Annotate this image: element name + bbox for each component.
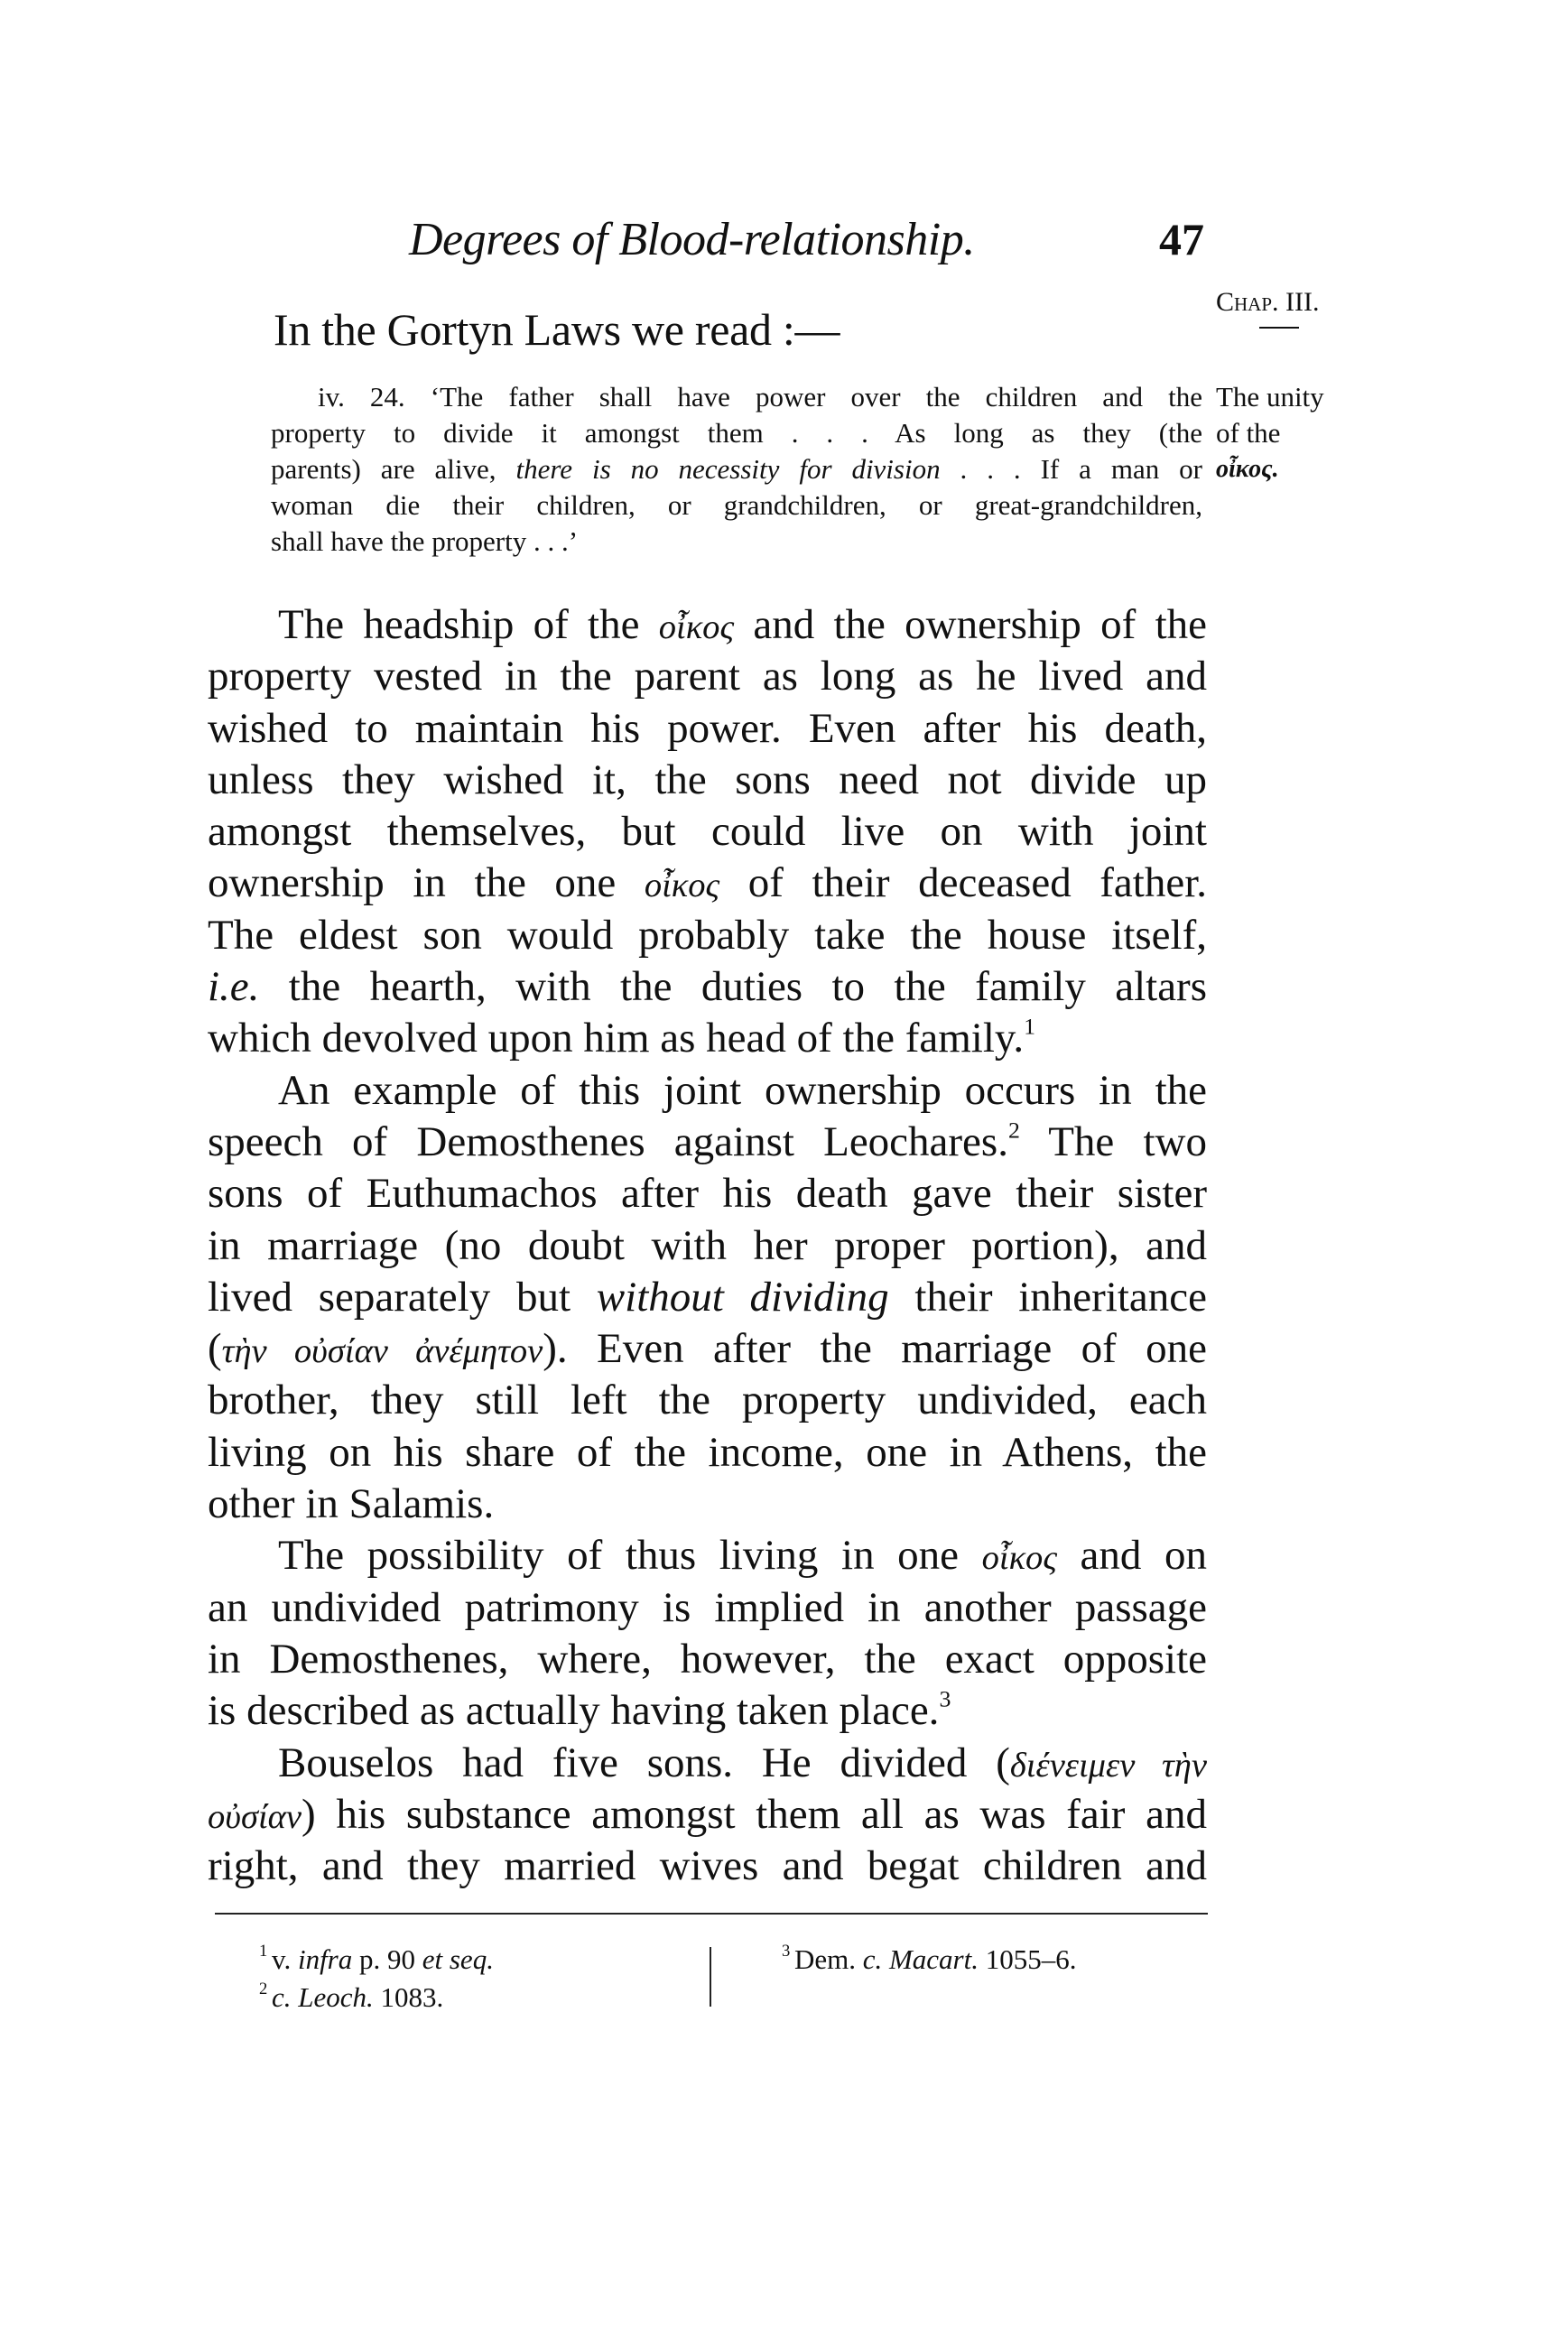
chapter-rule xyxy=(1259,327,1299,329)
text: . . . If a man or xyxy=(941,453,1202,485)
footnote-ref[interactable]: 3 xyxy=(939,1686,951,1712)
text: The possibility of thus living in one xyxy=(278,1532,982,1579)
text: in Demosthenes, where, however, the exac… xyxy=(208,1636,1207,1683)
body-line: is described as actually having taken pl… xyxy=(208,1685,1207,1737)
text: the hearth, with the duties to the famil… xyxy=(259,963,1207,1010)
text: woman die their children, or grandchildr… xyxy=(271,489,1202,521)
text: of their deceased father. xyxy=(719,859,1207,906)
italic-text: there is no necessity for division xyxy=(515,453,940,485)
quote-line: parents) are alive, there is no necessit… xyxy=(271,451,1202,487)
quote-reference: iv. 24. xyxy=(318,381,431,413)
text: is described as actually having taken pl… xyxy=(208,1687,939,1734)
text: An example of this joint ownership occur… xyxy=(278,1067,1207,1114)
margin-note-line: The unity xyxy=(1216,379,1324,415)
body-line: lived separately but without dividing th… xyxy=(208,1272,1207,1323)
italic-text: i.e. xyxy=(208,963,259,1010)
text: brother, they still left the property un… xyxy=(208,1377,1207,1423)
greek-text: οἶκος xyxy=(659,608,734,646)
text: 1055–6. xyxy=(979,1943,1077,1975)
footnotes-right: 3 Dem. c. Macart. 1055–6. xyxy=(782,1941,1077,1979)
footnote: 1 v. infra p. 90 et seq. xyxy=(259,1941,494,1979)
italic-text: c. Macart. xyxy=(863,1943,979,1975)
body-line: property vested in the parent as long as… xyxy=(208,651,1207,702)
body-line: An example of this joint ownership occur… xyxy=(208,1065,1207,1117)
text: an undivided patrimony is implied in ano… xyxy=(208,1584,1207,1631)
text: property vested in the parent as long as… xyxy=(208,653,1207,700)
block-quote: iv. 24. ‘The father shall have power ove… xyxy=(271,379,1202,560)
body-line: speech of Demosthenes against Leochares.… xyxy=(208,1117,1207,1168)
text: and the ownership of the xyxy=(734,601,1207,648)
margin-note: The unity of the οἶκος. xyxy=(1216,379,1324,487)
text: unless they wished it, the sons need not… xyxy=(208,756,1207,803)
text: The two xyxy=(1020,1118,1207,1165)
margin-note-line: of the xyxy=(1216,415,1324,451)
greek-text: οἶκος xyxy=(982,1539,1057,1577)
body-line: brother, they still left the property un… xyxy=(208,1375,1207,1426)
footnote-ref[interactable]: 1 xyxy=(1024,1014,1035,1040)
text: parents) are alive, xyxy=(271,453,515,485)
text: wished to maintain his power. Even after… xyxy=(208,705,1207,752)
running-title: Degrees of Blood-relationship. xyxy=(409,213,975,266)
text: living on his share of the income, one i… xyxy=(208,1429,1207,1476)
page-number: 47 xyxy=(1159,213,1204,265)
body-line: which devolved upon him as head of the f… xyxy=(208,1013,1207,1064)
footnotes-left: 1 v. infra p. 90 et seq.2 c. Leoch. 1083… xyxy=(259,1941,494,2017)
greek-text: οἶκος xyxy=(645,867,719,904)
body-line: The headship of the οἶκος and the owners… xyxy=(208,599,1207,651)
greek-text: διένειμεν τὴν xyxy=(1010,1747,1207,1785)
text: ) his substance amongst them all as was … xyxy=(302,1791,1207,1838)
body-line: in marriage (no doubt with her proper po… xyxy=(208,1220,1207,1272)
body-line: Bouselos had five sons. He divided (διέν… xyxy=(208,1738,1207,1789)
body-line: οὐσίαν) his substance amongst them all a… xyxy=(208,1789,1207,1841)
quote-line: woman die their children, or grandchildr… xyxy=(271,487,1202,524)
text: right, and they married wives and begat … xyxy=(208,1842,1207,1889)
intro-line: In the Gortyn Laws we read :— xyxy=(274,303,840,356)
text: Dem. xyxy=(794,1943,863,1975)
footnote-mark: 2 xyxy=(259,1980,272,1998)
footnote-rule xyxy=(215,1913,1208,1915)
text: other in Salamis. xyxy=(208,1480,494,1527)
text: The eldest son would probably take the h… xyxy=(208,912,1207,959)
quote-line: iv. 24. ‘The father shall have power ove… xyxy=(271,379,1202,415)
body-line: amongst themselves, but could live on wi… xyxy=(208,806,1207,858)
body-line: unless they wished it, the sons need not… xyxy=(208,755,1207,806)
body-line: in Demosthenes, where, however, the exac… xyxy=(208,1634,1207,1685)
body-line: ownership in the one οἶκος of their dece… xyxy=(208,858,1207,909)
footnote-ref[interactable]: 2 xyxy=(1008,1117,1020,1144)
text: their inheritance xyxy=(889,1274,1207,1321)
body-text: The headship of the οἶκος and the owners… xyxy=(208,599,1207,1892)
greek-text: τὴν οὐσίαν ἀνέμητον xyxy=(222,1332,543,1370)
footnote-mark: 3 xyxy=(782,1942,794,1961)
italic-text: et seq. xyxy=(422,1943,494,1975)
italic-text: c. Leoch. xyxy=(272,1981,374,2013)
body-line: living on his share of the income, one i… xyxy=(208,1427,1207,1479)
italic-text: infra xyxy=(298,1943,352,1975)
text: which devolved upon him as head of the f… xyxy=(208,1015,1024,1062)
text: lived separately but xyxy=(208,1274,597,1321)
text: ). Even after the marriage of one xyxy=(543,1325,1207,1372)
text: ownership in the one xyxy=(208,859,645,906)
body-line: i.e. the hearth, with the duties to the … xyxy=(208,961,1207,1013)
footnote-mark: 1 xyxy=(259,1942,272,1961)
text: 1083. xyxy=(374,1981,444,2013)
quote-line: property to divide it amongst them . . .… xyxy=(271,415,1202,451)
text: Bouselos had five sons. He divided ( xyxy=(278,1739,1010,1786)
greek-text: οὐσίαν xyxy=(208,1798,302,1836)
text: and on xyxy=(1057,1532,1207,1579)
body-line: The possibility of thus living in one οἶ… xyxy=(208,1530,1207,1581)
text: amongst themselves, but could live on wi… xyxy=(208,808,1207,855)
text: ‘The father shall have power over the ch… xyxy=(431,381,1202,413)
footnote: 3 Dem. c. Macart. 1055–6. xyxy=(782,1941,1077,1979)
footnote: 2 c. Leoch. 1083. xyxy=(259,1979,494,2017)
text: ( xyxy=(208,1325,222,1372)
text: shall have the property . . .’ xyxy=(271,525,578,557)
text: The headship of the xyxy=(278,601,659,648)
chapter-marker: Chap. III. xyxy=(1216,287,1320,318)
text: speech of Demosthenes against Leochares. xyxy=(208,1118,1008,1165)
text: in marriage (no doubt with her proper po… xyxy=(208,1222,1207,1269)
body-line: sons of Euthumachos after his death gave… xyxy=(208,1168,1207,1219)
body-line: The eldest son would probably take the h… xyxy=(208,910,1207,961)
footnote-column-separator xyxy=(710,1947,711,2007)
text: property to divide it amongst them . . .… xyxy=(271,417,1202,449)
italic-text: without dividing xyxy=(597,1274,889,1321)
body-line: an undivided patrimony is implied in ano… xyxy=(208,1582,1207,1634)
quote-line: shall have the property . . .’ xyxy=(271,524,1202,560)
text: sons of Euthumachos after his death gave… xyxy=(208,1170,1207,1217)
body-line: other in Salamis. xyxy=(208,1479,1207,1530)
text: p. 90 xyxy=(352,1943,422,1975)
body-line: wished to maintain his power. Even after… xyxy=(208,703,1207,755)
body-line: right, and they married wives and begat … xyxy=(208,1841,1207,1892)
body-line: (τὴν οὐσίαν ἀνέμητον). Even after the ma… xyxy=(208,1323,1207,1375)
text: v. xyxy=(272,1943,298,1975)
margin-note-greek: οἶκος. xyxy=(1216,451,1324,487)
